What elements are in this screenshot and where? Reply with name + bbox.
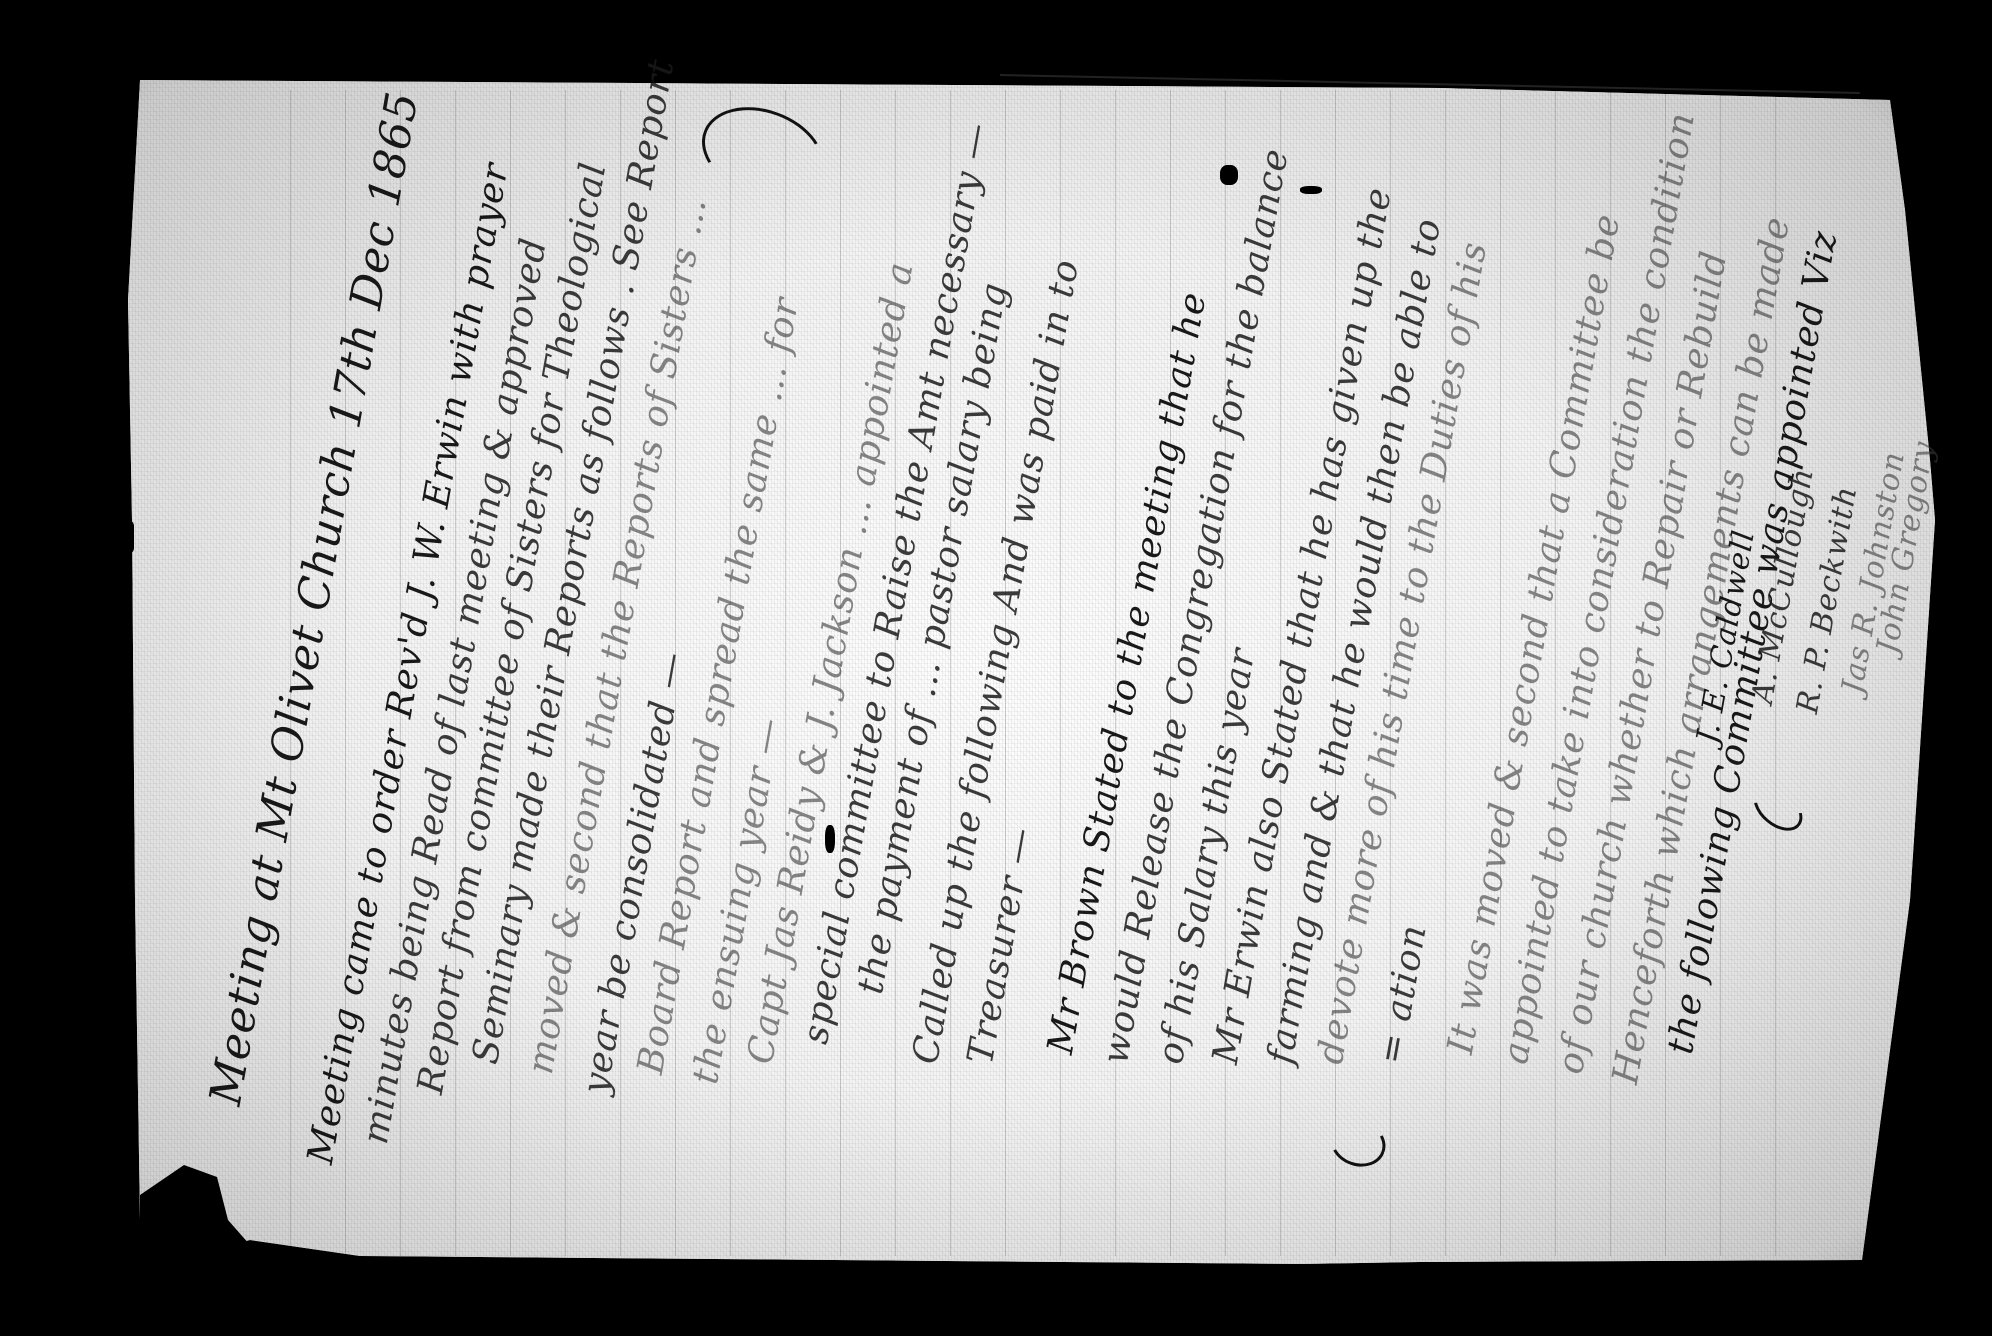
- ink-blot: [1300, 186, 1322, 194]
- minutes-line: = ation: [1370, 921, 1435, 1067]
- scanned-document-viewport: Meeting at Mt Olivet Church 17th Dec 186…: [0, 0, 1992, 1336]
- handwritten-minutes: Meeting at Mt Olivet Church 17th Dec 186…: [0, 0, 1992, 1336]
- binding-tab-mark: [120, 520, 134, 554]
- ink-blot: [825, 825, 835, 853]
- ink-blot: [1220, 165, 1238, 185]
